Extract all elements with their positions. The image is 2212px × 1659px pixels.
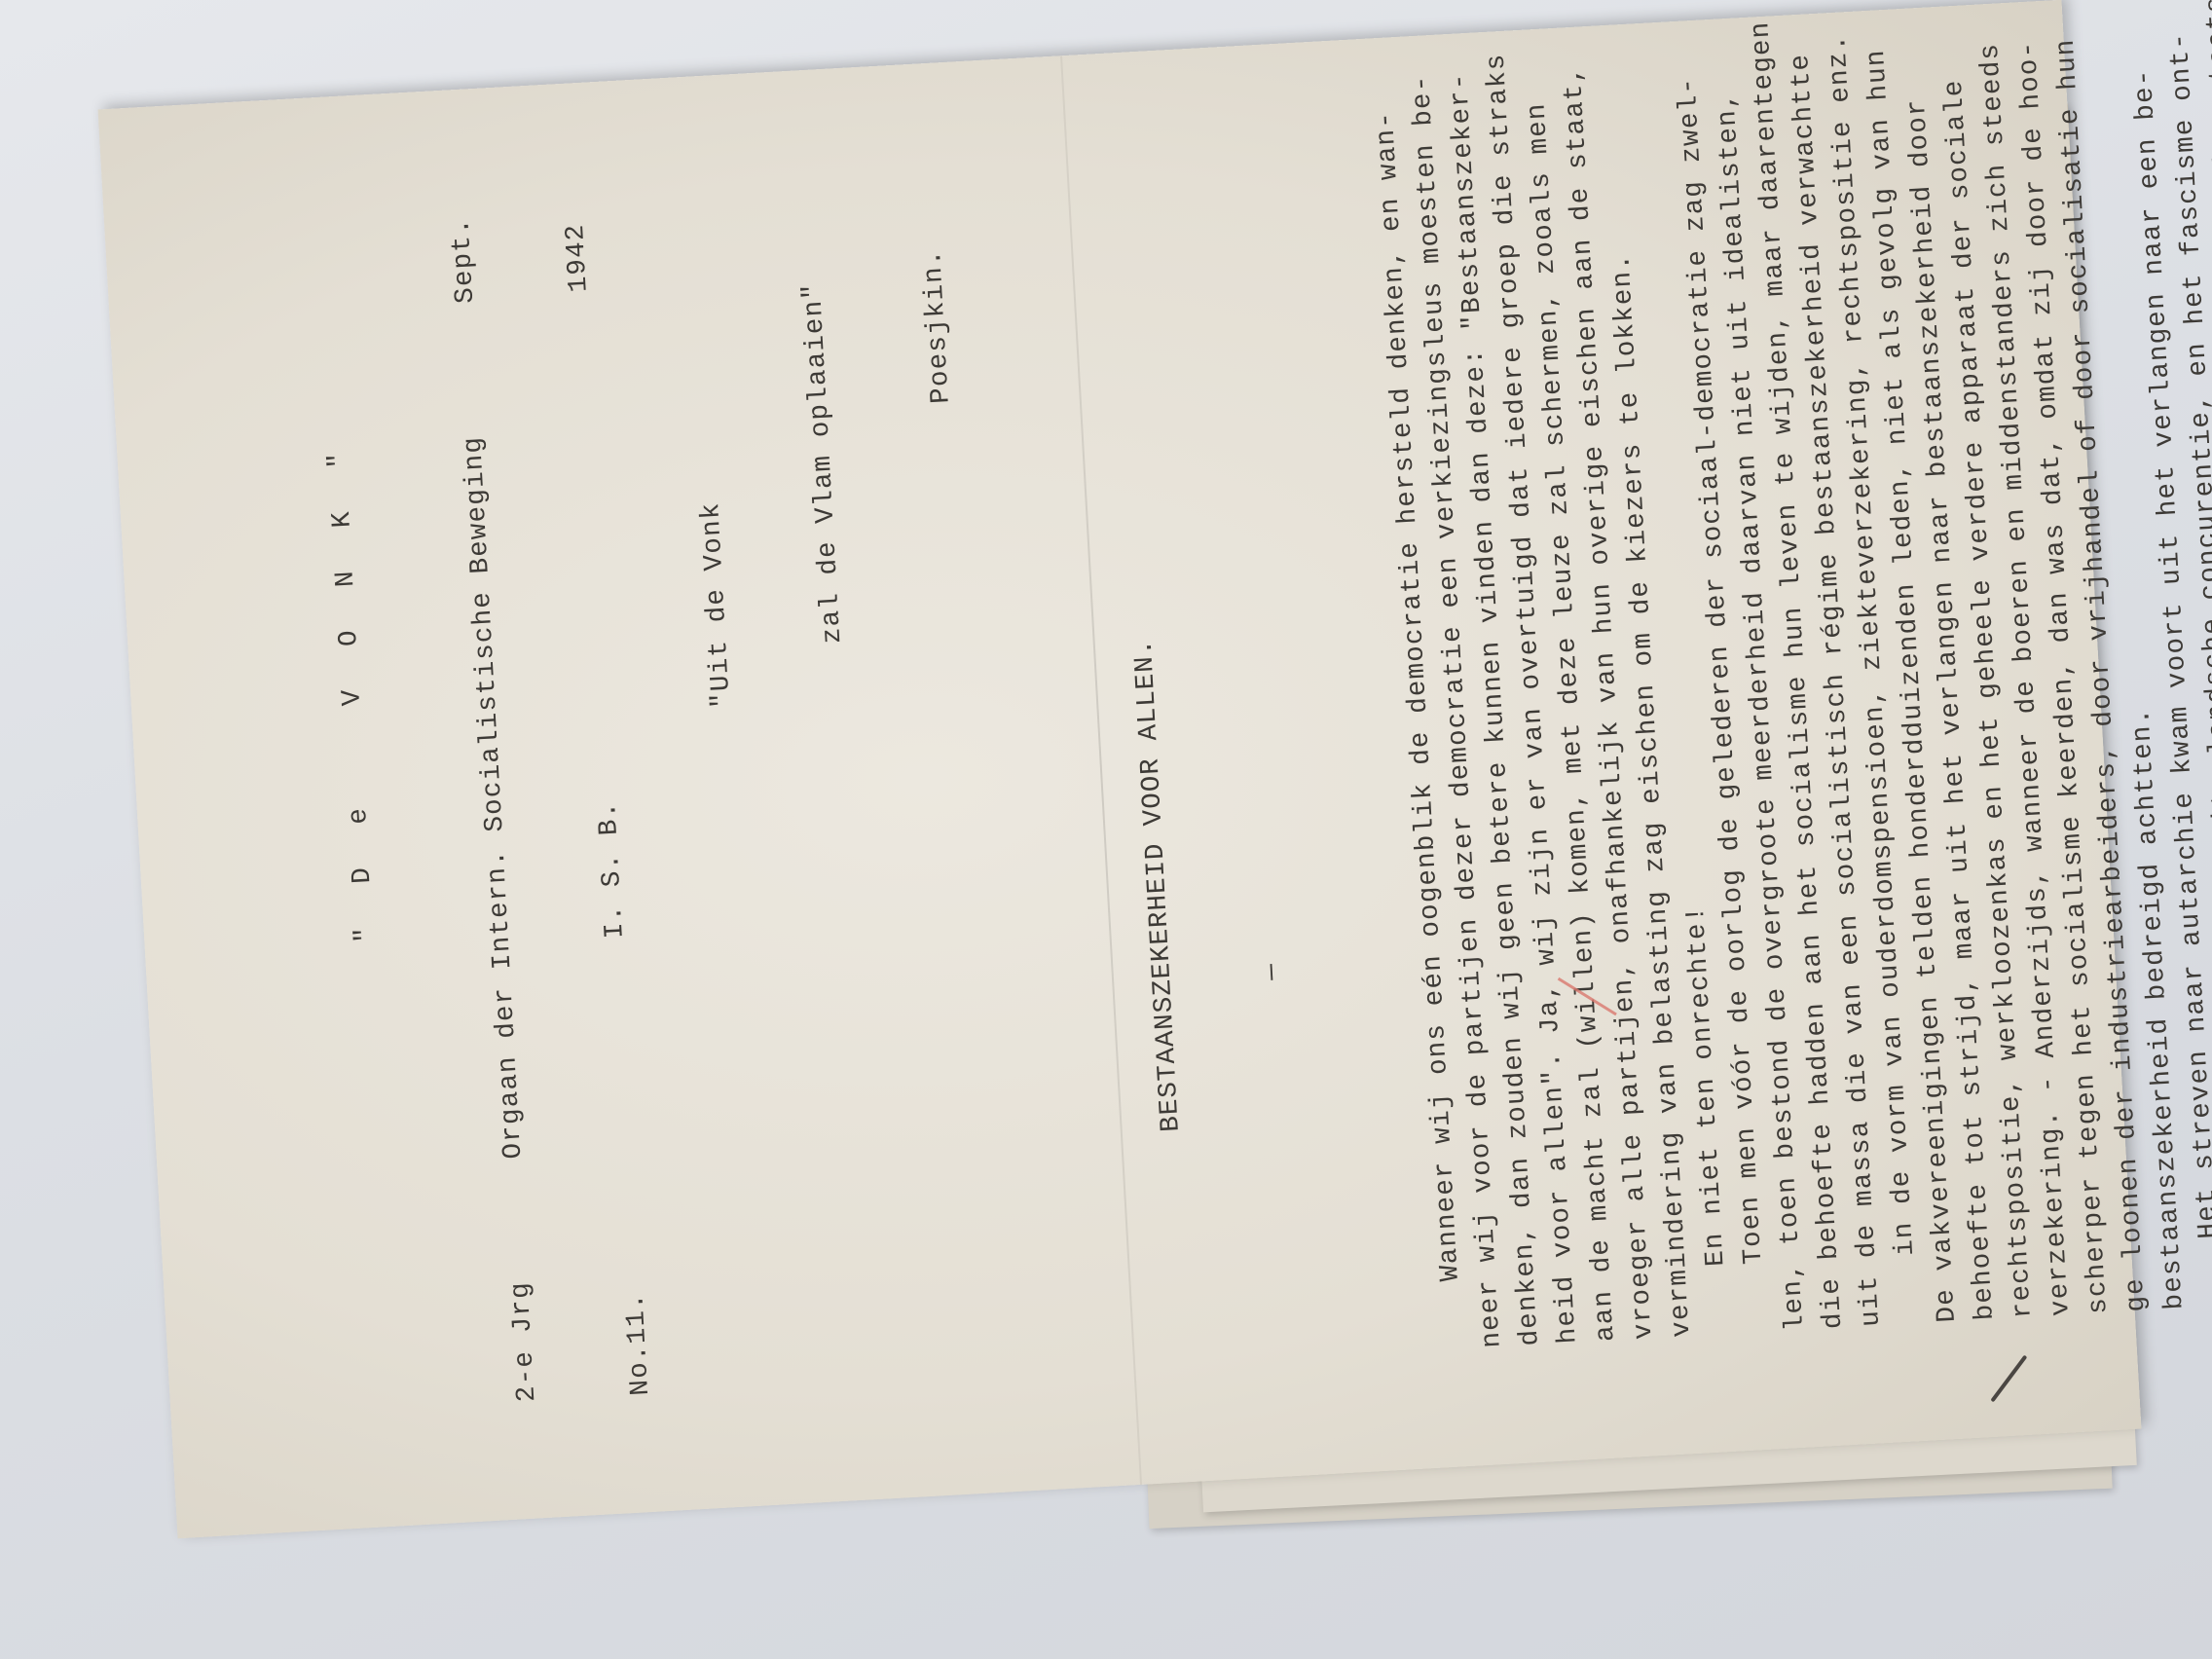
masthead-row-1: " D e V O N K " — [305, 184, 411, 1411]
photo-scene: " D e V O N K " 2-e Jrg Orgaan der Inter… — [0, 0, 2212, 1659]
volume-label: 2-e Jrg — [501, 1280, 546, 1403]
year-label: 1942 — [557, 222, 599, 293]
masthead-row-2: 2-e Jrg Orgaan der Intern. Socialistisch… — [440, 176, 546, 1403]
motto-author: Poesjkin. — [914, 247, 961, 404]
newspaper-title: " D e V O N K " — [319, 438, 386, 944]
page-content: " D e V O N K " 2-e Jrg Orgaan der Inter… — [229, 92, 2057, 1415]
motto-row-3: Poesjkin. — [908, 150, 1014, 1377]
motto-line-1: "Uit de Vonk — [692, 500, 742, 709]
motto-row-1: "Uit de Vonk — [674, 163, 780, 1389]
masthead-row-3: No.11. I. S. B. 1942 — [554, 169, 660, 1396]
org-abbrev: I. S. B. — [589, 800, 635, 940]
article-heading: BESTAANSZEKERHEID VOOR ALLEN. — [1097, 139, 1191, 1133]
article-body: Wanneer wij ons eén oogenblik de democra… — [1368, 8, 2212, 1351]
organ-label: Orgaan der Intern. Socialistische Bewegi… — [455, 435, 533, 1161]
issue-label: No.11. — [616, 1291, 660, 1396]
motto-line-2: zal de Vlam oplaaien" — [794, 281, 853, 645]
month-label: Sept. — [442, 216, 485, 305]
staple-icon — [1990, 1355, 2027, 1403]
typewritten-page: " D e V O N K " 2-e Jrg Orgaan der Inter… — [98, 0, 2142, 1538]
document-rotation-wrapper: " D e V O N K " 2-e Jrg Orgaan der Inter… — [92, 0, 2147, 1548]
motto-row-2: zal de Vlam oplaaien" — [787, 157, 893, 1383]
heading-divider: — — [1211, 133, 1288, 980]
paragraph: Toen men vóór de oorlog de gelederen der… — [1671, 84, 2194, 1334]
